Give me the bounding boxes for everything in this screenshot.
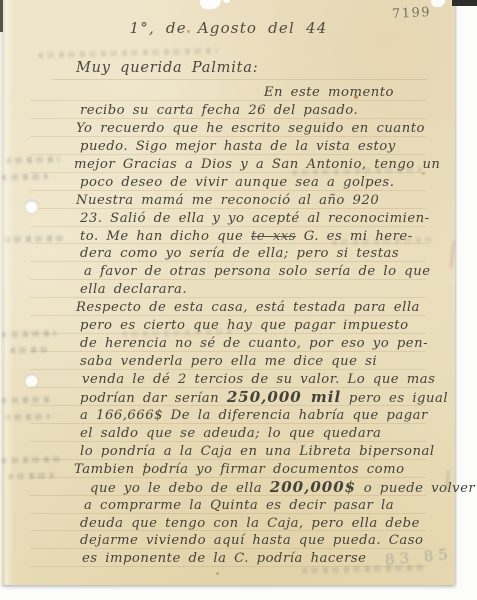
handwritten-text: podrían dar serían bbox=[80, 391, 227, 406]
letter-line: venda le dé 2 tercios de su valor. Lo qu… bbox=[42, 371, 430, 389]
handwritten-text: dejarme viviendo aquí hasta que pueda. C… bbox=[80, 533, 423, 548]
foxing-stain bbox=[354, 95, 358, 99]
letter-line: saba venderla pero ella me dice que si bbox=[42, 353, 430, 371]
letter-line: poco deseo de vivir aunque sea a golpes. bbox=[42, 174, 430, 192]
foxing-stain bbox=[187, 30, 190, 33]
bleed-through-mark bbox=[38, 48, 218, 59]
letter-line: deuda que tengo con la Caja, pero ella d… bbox=[42, 515, 430, 533]
letter-line: que yo le debo de ella 200,000$ o puede … bbox=[42, 479, 430, 497]
handwritten-text: Yo recuerdo que he escrito seguido en cu… bbox=[76, 121, 425, 136]
date-line: 1°, de Agosto del 44 bbox=[2, 19, 455, 37]
handwritten-text: dera como yo sería de ella; pero si test… bbox=[80, 246, 399, 261]
hole-punch-bottom bbox=[25, 374, 38, 387]
handwritten-text: ella declarara. bbox=[80, 282, 187, 297]
letter-line: dera como yo sería de ella; pero si test… bbox=[42, 245, 430, 263]
letter-line: En este momento bbox=[42, 84, 430, 102]
letter-body: En este momentorecibo su carta fecha 26 … bbox=[42, 84, 430, 568]
archive-number: 7199 bbox=[392, 5, 432, 22]
letter-line: pero es cierto que hay que pagar impuest… bbox=[42, 317, 430, 335]
letter-line: de herencia no sé de cuanto, por eso yo … bbox=[42, 335, 430, 353]
salutation: Muy querida Palmita: bbox=[76, 60, 258, 76]
letter-line: Respecto de esta casa, está testada para… bbox=[42, 299, 430, 317]
handwritten-text: pero es igual bbox=[341, 391, 448, 406]
handwritten-text: lo pondría a la Caja en una Libreta bipe… bbox=[80, 444, 435, 459]
handwritten-text: a favor de otras persona solo sería de l… bbox=[84, 264, 431, 279]
handwritten-text: recibo su carta fecha 26 del pasado. bbox=[80, 103, 358, 118]
scanned-letter: 1°, de Agosto del 44 7199 Muy querida Pa… bbox=[0, 0, 477, 600]
amount-text: 200,000$ bbox=[270, 478, 356, 496]
struck-text: te xxs bbox=[251, 229, 296, 244]
handwritten-text: puedo. Sigo mejor hasta de la vista esto… bbox=[80, 139, 396, 154]
letter-page: 1°, de Agosto del 44 7199 Muy querida Pa… bbox=[2, 0, 455, 585]
hole-punch-top bbox=[25, 200, 38, 213]
handwritten-text: es imponente de la C. podría hacerse bbox=[82, 551, 367, 566]
handwritten-text: Tambien podría yo firmar documentos como bbox=[74, 462, 405, 477]
amount-text: 250,000 mil bbox=[227, 388, 341, 406]
foxing-stain bbox=[216, 572, 219, 575]
handwritten-text: de herencia no sé de cuanto, por eso yo … bbox=[80, 336, 428, 351]
letter-line: lo pondría a la Caja en una Libreta bipe… bbox=[42, 443, 430, 461]
handwritten-text: poco deseo de vivir aunque sea a golpes. bbox=[80, 175, 394, 190]
letter-line: el saldo que se adeuda; lo que quedara bbox=[42, 425, 430, 443]
letter-line: Tambien podría yo firmar documentos como bbox=[42, 461, 430, 479]
handwritten-text: venda le dé 2 tercios de su valor. Lo qu… bbox=[82, 372, 435, 387]
letter-line: dejarme viviendo aquí hasta que pueda. C… bbox=[42, 532, 430, 550]
handwritten-text: a comprarme la Quinta es decir pasar la bbox=[84, 498, 394, 513]
bleed-through-mark bbox=[2, 173, 48, 180]
handwritten-text: En este momento bbox=[264, 85, 394, 100]
letter-line: recibo su carta fecha 26 del pasado. bbox=[42, 102, 430, 120]
letter-line: a 166,666$ De la diferencia habría que p… bbox=[42, 407, 430, 425]
letter-line: podrían dar serían 250,000 mil pero es i… bbox=[42, 389, 430, 407]
scan-artifact-dark-corner bbox=[452, 0, 477, 6]
bleed-through-mark bbox=[10, 346, 52, 353]
handwritten-text: to. Me han dicho que bbox=[80, 229, 251, 244]
letter-line: 23. Salió de ella y yo acepté al reconoc… bbox=[42, 210, 430, 228]
letter-line: a favor de otras persona solo sería de l… bbox=[42, 263, 430, 281]
handwritten-text: Respecto de esta casa, está testada para… bbox=[76, 300, 420, 315]
bleed-through-mark bbox=[5, 413, 50, 420]
handwritten-text: a 166,666$ De la diferencia habría que p… bbox=[80, 408, 428, 423]
scan-artifact-edge bbox=[0, 0, 3, 32]
letter-line: puedo. Sigo mejor hasta de la vista esto… bbox=[42, 138, 430, 156]
letter-line: ella declarara. bbox=[42, 281, 430, 299]
letter-line: a comprarme la Quinta es decir pasar la bbox=[42, 497, 430, 515]
letter-line: Nuestra mamá me reconoció al año 920 bbox=[42, 192, 430, 210]
torn-edge-notch bbox=[200, 0, 222, 10]
foxing-stain bbox=[145, 463, 147, 466]
handwritten-text: saba venderla pero ella me dice que si bbox=[80, 354, 377, 369]
letter-line: Yo recuerdo que he escrito seguido en cu… bbox=[42, 120, 430, 138]
foxing-stain bbox=[102, 540, 105, 543]
handwritten-text: que yo le debo de ella bbox=[90, 481, 270, 496]
foxing-stain bbox=[422, 172, 425, 175]
handwritten-text: Nuestra mamá me reconoció al año 920 bbox=[76, 193, 379, 208]
torn-edge-notch bbox=[223, 0, 230, 3]
handwritten-text: deuda que tengo con la Caja, pero ella d… bbox=[80, 516, 420, 531]
ruled-line bbox=[52, 79, 427, 80]
handwritten-text: el saldo que se adeuda; lo que quedara bbox=[80, 426, 381, 441]
bleed-through-mark bbox=[8, 472, 54, 479]
handwritten-text: o puede volver bbox=[356, 481, 475, 496]
torn-edge-notch bbox=[431, 0, 446, 7]
handwritten-text: 23. Salió de ella y yo acepté al reconoc… bbox=[80, 211, 430, 226]
bleed-through-mark bbox=[450, 240, 456, 268]
